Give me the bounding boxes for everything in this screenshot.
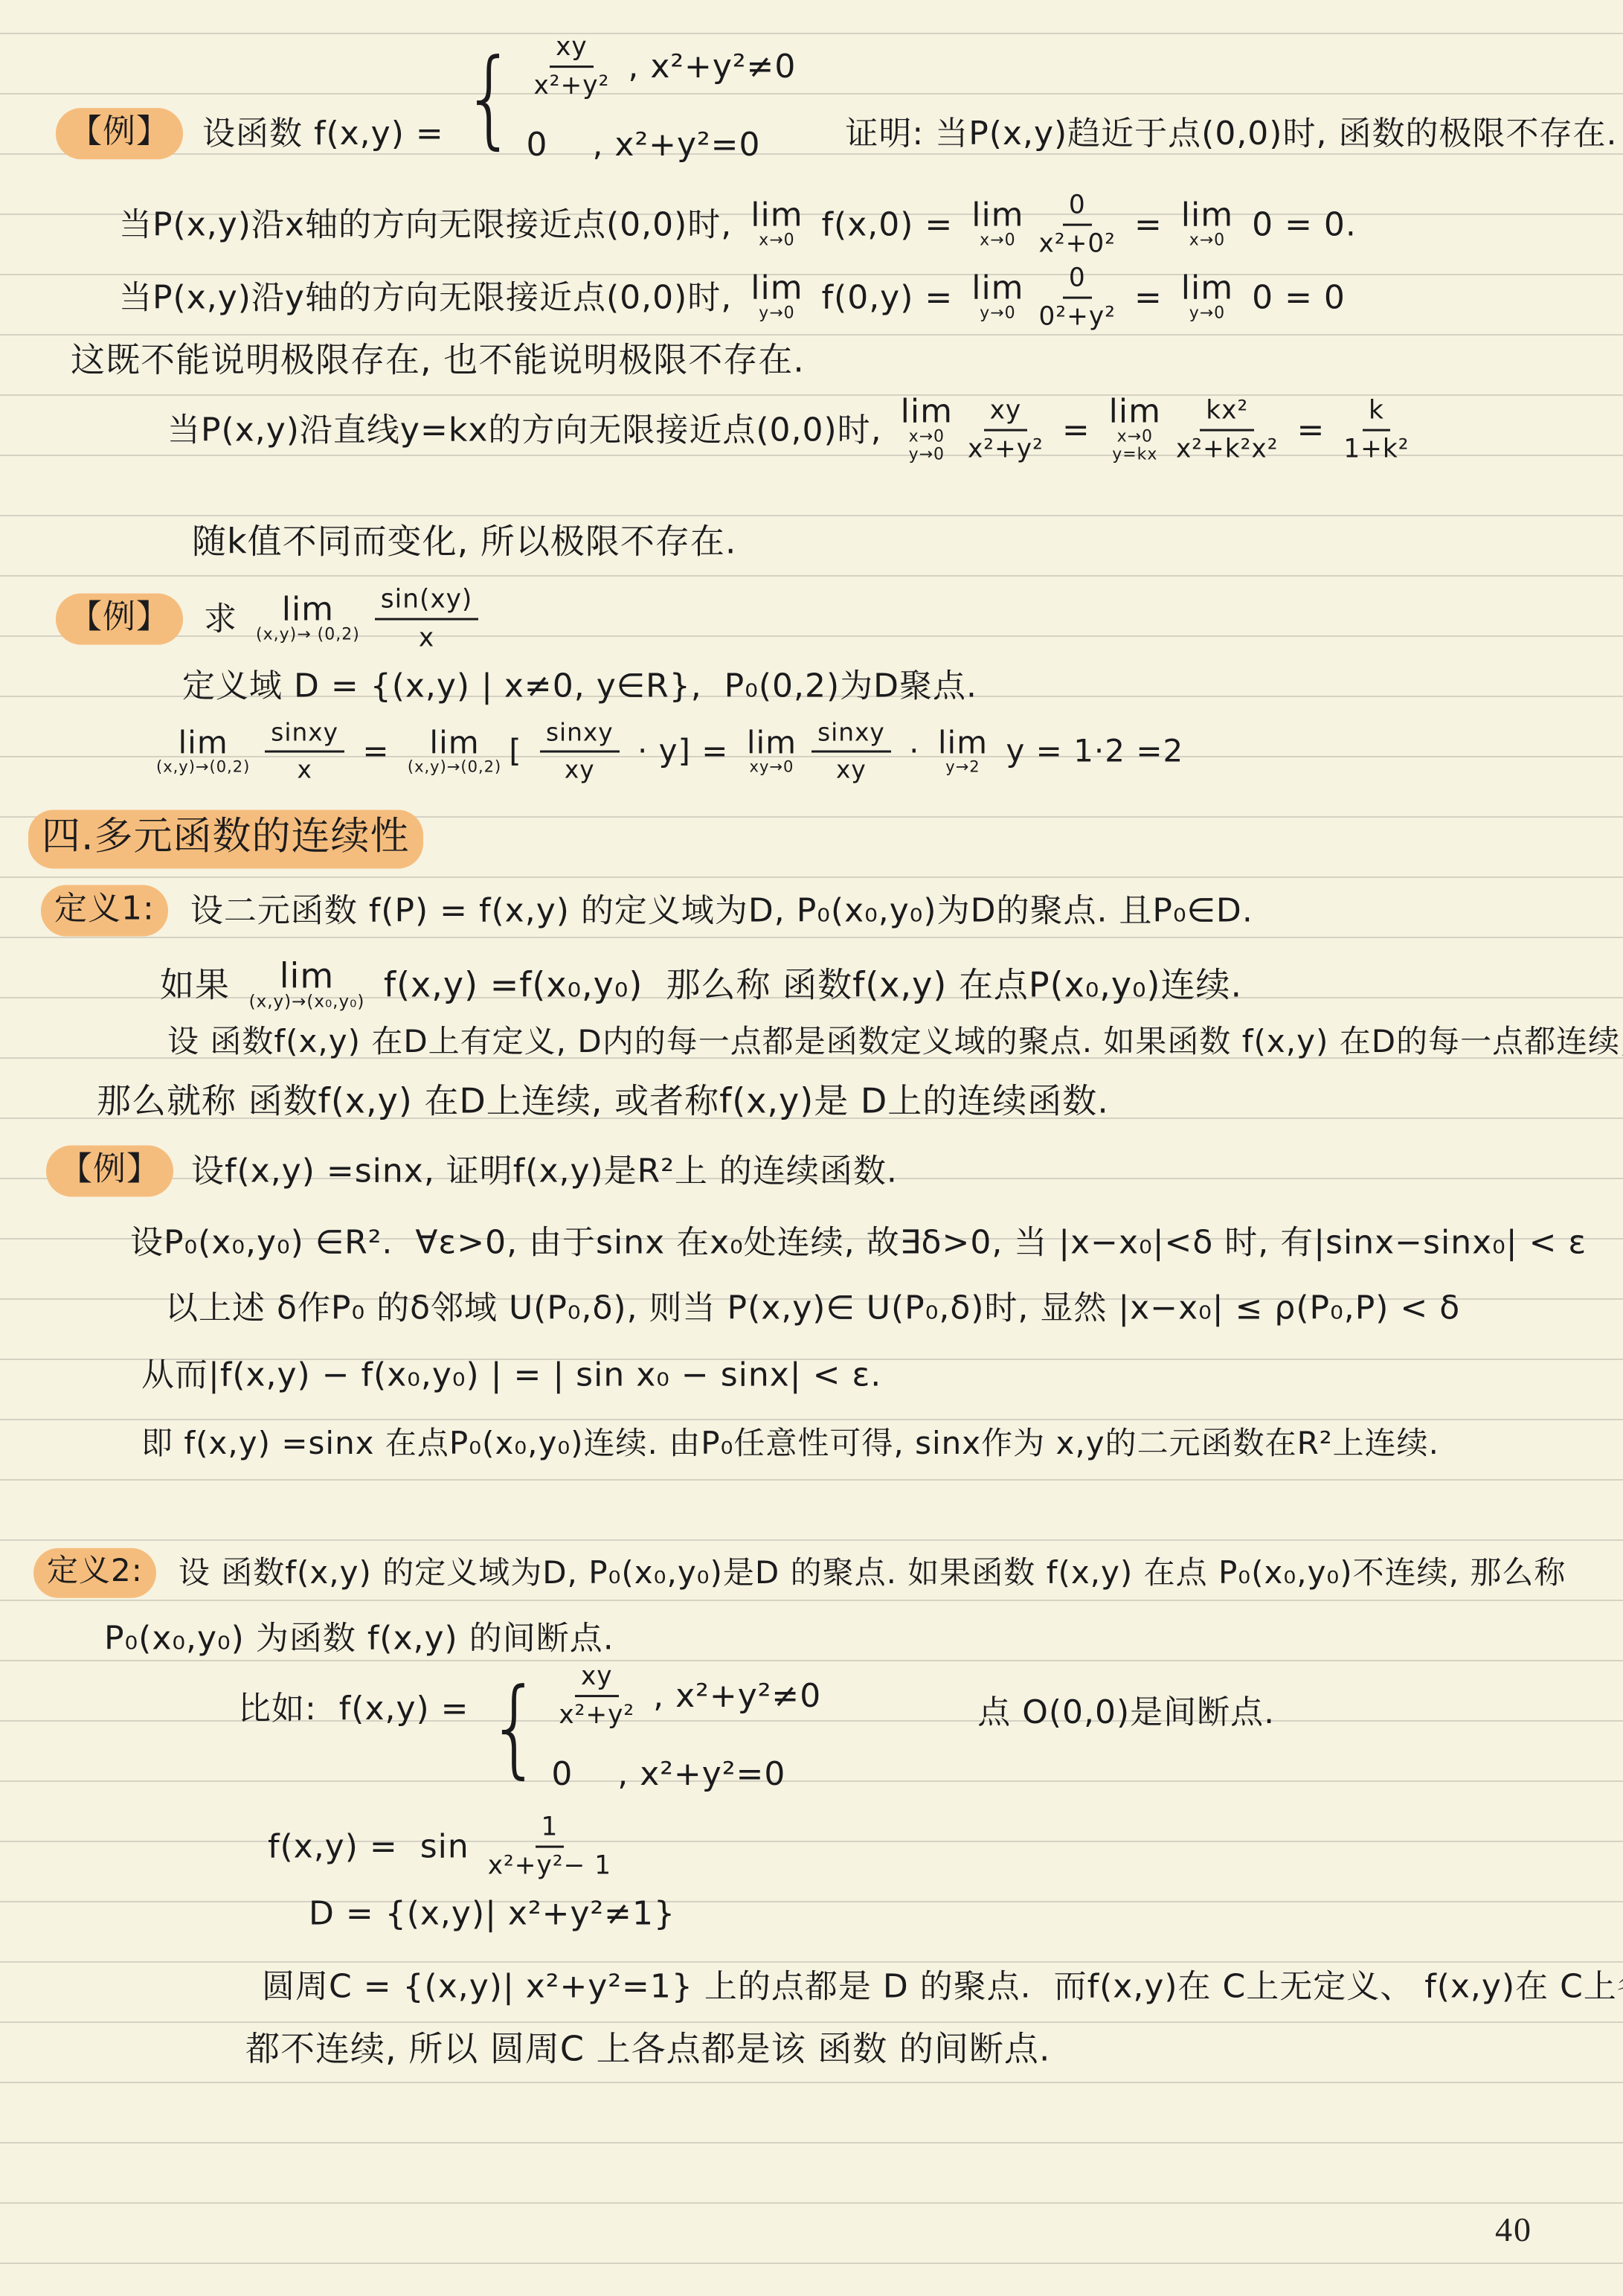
highlight-marker: 四.多元函数的连续性 [28, 810, 423, 869]
limit-subscript: y→0 [1189, 305, 1225, 323]
definition2-example-piecewise: 比如: f(x,y) = {xyx²+y² , x²+y²≠00 , x²+y²… [238, 1661, 1275, 1795]
definition2-circle-line2: 都不连续, 所以 圆周C 上各点都是该 函数 的间断点. [245, 2027, 1050, 2071]
text-run: P₀(x₀,y₀) 为函数 f(x,y) 的间断点. [104, 1618, 614, 1659]
limit: lim(x,y)→(0,2) [408, 727, 501, 775]
fraction: xyx²+y² [559, 1661, 634, 1731]
text-run: 0 [551, 1754, 573, 1795]
limit: lim(x,y)→ (0,2) [256, 594, 360, 644]
limit-word: lim [1181, 199, 1233, 232]
fraction-denominator: x²+k²x² [1176, 432, 1279, 466]
fraction-denominator: x [419, 621, 434, 655]
example3-proof-line3: 从而|f(x,y) − f(x₀,y₀) | = | sin x₀ − sinx… [141, 1355, 881, 1396]
text-run: · y] = [627, 732, 739, 772]
spacer [156, 1573, 179, 1574]
definition1-line1: 定义1:设二元函数 f(P) = f(x,y) 的定义域为D, P₀(x₀,y₀… [41, 885, 1253, 937]
limit-subscript: (x,y)→(x₀,y₀) [249, 993, 365, 1011]
text-run: · [899, 732, 931, 772]
limit-word: lim [282, 594, 334, 626]
fraction-numerator: 1 [536, 1812, 565, 1848]
fraction: sinxyxy [540, 718, 620, 786]
limit: limy→2 [938, 727, 988, 775]
highlight-marker: 定义2: [33, 1548, 156, 1598]
example3-proof-line4: 即 f(x,y) =sinx 在点P₀(x₀,y₀)连续. 由P₀任意性可得, … [141, 1424, 1439, 1463]
fraction-numerator: xy [575, 1661, 619, 1697]
text-run: 设f(x,y) =sinx, 证明f(x,y)是R²上 的连续函数. [191, 1151, 898, 1192]
fraction-numerator: sin(xy) [375, 584, 479, 621]
fraction: sinxyxy [811, 718, 891, 786]
limit-word: lim [971, 199, 1023, 232]
limit-subscript: y→2 [945, 758, 980, 775]
definition2-example-sin: f(x,y) = sin 1x²+y²− 1 [268, 1812, 619, 1882]
text-run: 0 = 0 [1241, 278, 1346, 318]
spacer [803, 98, 845, 99]
limit-word: lim [971, 272, 1023, 305]
limit: limx→0y=kx [1109, 396, 1161, 464]
fraction-numerator: kx² [1200, 395, 1254, 432]
example2-computation: lim(x,y)→(0,2)sinxyx = lim(x,y)→(0,2)[ s… [149, 718, 1183, 786]
example3-statement: 【例】设f(x,y) =sinx, 证明f(x,y)是R²上 的连续函数. [46, 1146, 898, 1197]
text-run: , x²+y²≠0 [642, 1675, 821, 1716]
piecewise: {xyx²+y² , x²+y²≠00 , x²+y²=0 [463, 31, 797, 165]
example1-statement: 【例】设函数 f(x,y) = {xyx²+y² , x²+y²≠00 , x²… [56, 31, 1617, 165]
text-run: 如果 [160, 963, 242, 1007]
text-run: 当P(x,y)沿x轴的方向无限接近点(0,0)时, [119, 205, 743, 246]
fraction: 00²+y² [1039, 263, 1116, 333]
fraction-numerator: xy [550, 31, 594, 68]
fraction-denominator: 1+k² [1343, 432, 1409, 466]
fraction: xyx²+y² [534, 31, 610, 102]
limit: lim(x,y)→(x₀,y₀) [249, 958, 365, 1011]
limit-word: lim [179, 727, 228, 758]
definition2-line1: 定义2:设 函数f(x,y) 的定义域为D, P₀(x₀,y₀)是D 的聚点. … [33, 1548, 1566, 1598]
fraction-denominator: x [297, 753, 312, 786]
limit-word: lim [747, 727, 797, 758]
text-run: = [1123, 205, 1174, 246]
limit: lim(x,y)→(0,2) [156, 727, 250, 775]
text-run: f(0,y) = [811, 278, 965, 318]
text-run: 都不连续, 所以 圆周C 上各点都是该 函数 的间断点. [245, 2027, 1050, 2071]
limit-word: lim [429, 727, 479, 758]
limit-subscript: (x,y)→(0,2) [156, 758, 250, 775]
text-run: 当P(x,y)沿y轴的方向无限接近点(0,0)时, [119, 278, 743, 318]
limit-word: lim [751, 199, 803, 232]
fraction-denominator: x²+y²− 1 [488, 1848, 611, 1882]
text-run: 当P(x,y)沿直线y=kx的方向无限接近点(0,0)时, [167, 410, 893, 451]
fraction: kx²x²+k²x² [1176, 395, 1279, 466]
text-run: , x²+y²≠0 [617, 46, 796, 87]
fraction-denominator: x²+y² [559, 1697, 634, 1731]
fraction-denominator: x²+y² [968, 432, 1044, 466]
text-run: f(x,y) =f(x₀,y₀) 那么称 函数f(x,y) 在点P(x₀,y₀)… [372, 963, 1242, 1007]
fraction-denominator: x²+y² [534, 68, 610, 102]
fraction-denominator: xy [565, 753, 595, 786]
text-run: 设 函数f(x,y) 的定义域为D, P₀(x₀,y₀)是D 的聚点. 如果函数… [179, 1553, 1566, 1593]
limit-subscript: x→0 [1189, 232, 1225, 250]
fraction: sinxyx [265, 718, 344, 786]
text-run: 设函数 f(x,y) = [202, 114, 455, 155]
definition2-circle-line1: 圆周C = {(x,y)| x²+y²=1} 上的点都是 D 的聚点. 而f(x… [262, 1966, 1623, 2007]
text-run: f(x,0) = [811, 205, 965, 246]
definition1-line2: 如果 lim(x,y)→(x₀,y₀) f(x,y) =f(x₀,y₀) 那么称… [160, 958, 1242, 1011]
text-run: 设P₀(x₀,y₀) ∈R². ∀ε>0, 由于sinx 在x₀处连续, 故∃δ… [130, 1222, 1587, 1263]
spacer [183, 98, 202, 99]
fraction-numerator: sinxy [265, 718, 344, 753]
fraction-numerator: sinxy [811, 718, 891, 753]
text-run: 定义域 D = {(x,y) | x≠0, y∈R}, P₀(0,2)为D聚点. [182, 666, 977, 707]
piecewise-row: xyx²+y² , x²+y²≠0 [551, 1661, 821, 1731]
text-run: 0 = 0. [1241, 205, 1357, 246]
limit-subscript: x→0 [759, 232, 794, 250]
text-run: = [1123, 278, 1174, 318]
text-run: D = {(x,y)| x²+y²≠1} [309, 1893, 675, 1934]
brace-icon: { [463, 45, 518, 151]
brace-icon: { [488, 1674, 543, 1780]
text-run: = [1051, 410, 1102, 451]
example2-domain: 定义域 D = {(x,y) | x≠0, y∈R}, P₀(0,2)为D聚点. [182, 666, 977, 707]
limit: limxy→0 [747, 727, 797, 775]
limit: limx→0y→0 [901, 396, 953, 464]
limit-subscript: y→0 [759, 305, 794, 323]
text-run: 比如: f(x,y) = [238, 1689, 481, 1730]
piecewise-row: 0 , x²+y²=0 [551, 1754, 821, 1795]
fraction-denominator: x²+0² [1039, 226, 1116, 260]
fraction-denominator: xy [836, 753, 867, 786]
text-run: 证明: 当P(x,y)趋近于点(0,0)时, 函数的极限不存在. [845, 114, 1617, 155]
limit-subscript: xy→0 [750, 758, 794, 775]
text-run: 点 O(0,0)是间断点. [977, 1693, 1275, 1734]
limit-word: lim [1109, 396, 1161, 429]
fraction-numerator: 0 [1063, 263, 1092, 299]
piecewise-row: xyx²+y² , x²+y²≠0 [527, 31, 797, 102]
piecewise-rows: xyx²+y² , x²+y²≠00 , x²+y²=0 [527, 31, 797, 165]
limit-subscript: (x,y)→ (0,2) [256, 626, 360, 644]
highlight-marker: 【例】 [56, 109, 183, 160]
text-run: = [1285, 410, 1336, 451]
limit-subscript: y→0 [909, 446, 945, 464]
fraction-denominator: 0²+y² [1039, 299, 1116, 333]
limit-word: lim [280, 958, 334, 993]
fraction-numerator: xy [984, 395, 1028, 432]
text-run: 设二元函数 f(P) = f(x,y) 的定义域为D, P₀(x₀,y₀)为D的… [190, 891, 1253, 931]
text-run: , x²+y²=0 [548, 124, 761, 165]
text-run: 那么就称 函数f(x,y) 在D上连续, 或者称f(x,y)是 D上的连续函数. [97, 1080, 1109, 1123]
text-run: 即 f(x,y) =sinx 在点P₀(x₀,y₀)连续. 由P₀任意性可得, … [141, 1424, 1439, 1463]
definition2-example-domain: D = {(x,y)| x²+y²≠1} [309, 1893, 675, 1934]
limit: limx→0 [1181, 199, 1233, 250]
piecewise: {xyx²+y² , x²+y²≠00 , x²+y²=0 [488, 1661, 822, 1795]
spacer [168, 911, 190, 911]
limit: limy→0 [971, 272, 1023, 323]
text-run: , x²+y²=0 [573, 1754, 785, 1795]
example3-proof-line1: 设P₀(x₀,y₀) ∈R². ∀ε>0, 由于sinx 在x₀处连续, 故∃δ… [130, 1222, 1587, 1263]
limit: limx→0 [751, 199, 803, 250]
limit: limy→0 [1181, 272, 1233, 323]
text-run: 以上述 δ作P₀ 的δ邻域 U(P₀,δ), 则当 P(x,y)∈ U(P₀,δ… [165, 1288, 1460, 1329]
fraction: k1+k² [1343, 395, 1409, 466]
definition2-line2: P₀(x₀,y₀) 为函数 f(x,y) 的间断点. [104, 1618, 614, 1659]
limit-subscript: (x,y)→(0,2) [408, 758, 501, 775]
text-run: [ [509, 732, 533, 772]
fraction-numerator: k [1363, 395, 1390, 432]
spacer [173, 1171, 191, 1172]
example1-line-ykx-limit: 当P(x,y)沿直线y=kx的方向无限接近点(0,0)时, limx→0y→0x… [167, 395, 1417, 466]
definition1-line3: 设 函数f(x,y) 在D上有定义, D内的每一点都是函数定义域的聚点. 如果函… [167, 1022, 1623, 1062]
piecewise-rows: xyx²+y² , x²+y²≠00 , x²+y²=0 [551, 1661, 821, 1795]
spacer [829, 1728, 977, 1728]
fraction: 0x²+0² [1039, 190, 1116, 260]
text-run: 求 [204, 599, 248, 640]
section-heading-continuity: 四.多元函数的连续性 [28, 810, 423, 869]
fraction: sin(xy)x [375, 584, 479, 655]
limit-word: lim [938, 727, 988, 758]
limit: limy→0 [751, 272, 803, 323]
fraction: xyx²+y² [968, 395, 1044, 466]
example1-y-axis-limit: 当P(x,y)沿y轴的方向无限接近点(0,0)时, limy→0 f(0,y) … [119, 263, 1346, 333]
limit: limx→0 [971, 199, 1023, 250]
text-run: 圆周C = {(x,y)| x²+y²=1} 上的点都是 D 的聚点. 而f(x… [262, 1966, 1623, 2007]
limit-word: lim [751, 272, 803, 305]
text-run: f(x,y) = sin [268, 1827, 481, 1867]
fraction-numerator: 0 [1063, 190, 1092, 226]
piecewise-row: 0 , x²+y²=0 [527, 124, 797, 165]
limit-subscript: x→0 [980, 232, 1015, 250]
example1-x-axis-limit: 当P(x,y)沿x轴的方向无限接近点(0,0)时, limx→0 f(x,0) … [119, 190, 1357, 260]
limit-subscript: x→0 [909, 429, 945, 446]
notebook-page: 40 【例】设函数 f(x,y) = {xyx²+y² , x²+y²≠00 ,… [0, 0, 1623, 2296]
example1-conclusion: 随k值不同而变化, 所以极限不存在. [192, 520, 737, 563]
limit-subscript: x→0 [1117, 429, 1153, 446]
limit-subscript: y→0 [980, 305, 1015, 323]
text-run: 随k值不同而变化, 所以极限不存在. [192, 520, 737, 563]
highlight-marker: 【例】 [56, 594, 183, 645]
example2-statement: 【例】求 lim(x,y)→ (0,2)sin(xy)x [56, 584, 486, 655]
example1-remark: 这既不能说明极限存在, 也不能说明极限不存在. [71, 339, 805, 382]
text-run: = [352, 732, 400, 772]
definition1-line4: 那么就称 函数f(x,y) 在D上连续, 或者称f(x,y)是 D上的连续函数. [97, 1080, 1109, 1123]
fraction: 1x²+y²− 1 [488, 1812, 611, 1882]
highlight-marker: 定义1: [41, 885, 168, 937]
text-run: 0 [527, 124, 548, 165]
text-run: 设 函数f(x,y) 在D上有定义, D内的每一点都是函数定义域的聚点. 如果函… [167, 1022, 1623, 1062]
text-run: y = 1·2 =2 [995, 732, 1183, 772]
page-number: 40 [1495, 2210, 1532, 2249]
fraction-numerator: sinxy [540, 718, 620, 753]
text-run: 从而|f(x,y) − f(x₀,y₀) | = | sin x₀ − sinx… [141, 1355, 881, 1396]
limit-subscript: y=kx [1112, 446, 1157, 464]
example3-proof-line2: 以上述 δ作P₀ 的δ邻域 U(P₀,δ), 则当 P(x,y)∈ U(P₀,δ… [165, 1288, 1460, 1329]
highlight-marker: 【例】 [46, 1146, 173, 1197]
spacer [183, 619, 204, 620]
limit-word: lim [1181, 272, 1233, 305]
text-run: 这既不能说明极限存在, 也不能说明极限不存在. [71, 339, 805, 382]
limit-word: lim [901, 396, 953, 429]
